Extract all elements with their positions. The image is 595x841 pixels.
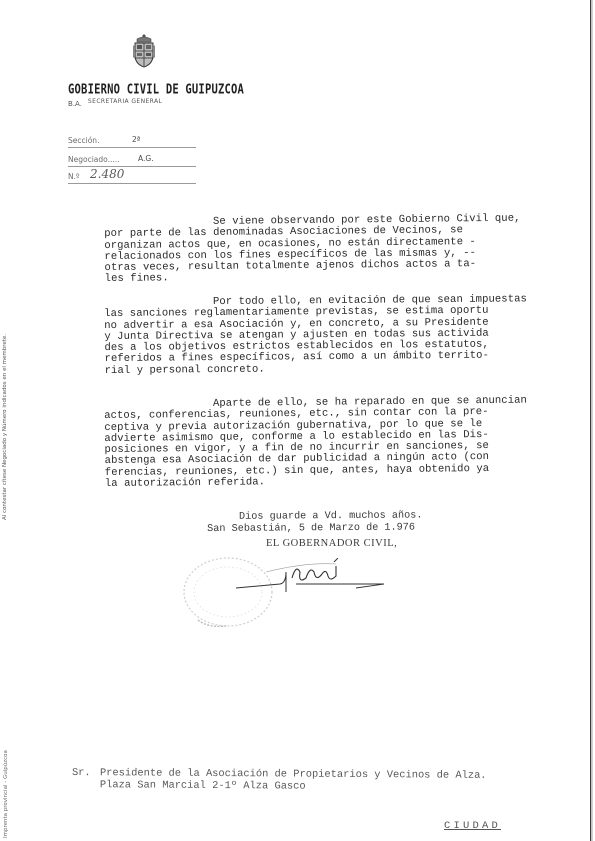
- handwritten-signature-icon: [236, 558, 386, 598]
- letterhead-subtitle: B.A.SECRETARIA GENERAL: [68, 100, 162, 108]
- letterhead-title: GOBIERNO CIVIL DE GUIPUZCOA: [68, 82, 244, 97]
- addressee-block: Sr. Presidente de la Asociación de Propi…: [72, 768, 97, 814]
- numero-label: N.º: [68, 172, 80, 181]
- negociado-field: Negociado..... A.G.: [68, 155, 196, 167]
- numero-field: N.º 2.480: [68, 172, 196, 184]
- letterhead-initials: B.A.: [68, 100, 82, 108]
- signatory-title: EL GOBERNADOR CIVIL,: [266, 538, 397, 549]
- seccion-label: Sección: [68, 136, 97, 145]
- coat-of-arms-icon: [132, 33, 156, 69]
- document-page: GOBIERNO CIVIL DE GUIPUZCOA B.A.SECRETAR…: [0, 0, 595, 841]
- letterhead-department: SECRETARIA GENERAL: [88, 98, 162, 105]
- addressee-lines: Presidente de la Asociación de Propietar…: [100, 768, 487, 794]
- place-date: San Sebastián, 5 de Marzo de 1.976: [207, 522, 422, 536]
- negociado-label: Negociado: [68, 155, 108, 164]
- paragraph-3: Aparte de ello, se ha reparado en que se…: [104, 395, 565, 490]
- negociado-value: A.G.: [138, 154, 154, 163]
- seccion-value: 2ª: [132, 135, 140, 144]
- page-edge-shadow: [590, 0, 593, 841]
- paragraph-1: Se viene observando por este Gobierno Ci…: [104, 213, 565, 286]
- addressee-city: CIUDAD: [444, 820, 501, 832]
- numero-value: 2.480: [90, 167, 124, 181]
- paragraph-2: Por todo ello, en evitación de que sean …: [104, 294, 565, 377]
- closing-block: Dios guarde a Vd. muchos años.San Sebast…: [207, 510, 423, 536]
- margin-instruction-note: Al contestar cítese Negociado y Número i…: [2, 334, 8, 520]
- addressee-salutation: Sr.: [72, 768, 91, 780]
- printer-imprint-note: Imprenta provincial - Guipúzcoa: [3, 750, 9, 838]
- seccion-field: Sección. 2ª: [68, 136, 196, 148]
